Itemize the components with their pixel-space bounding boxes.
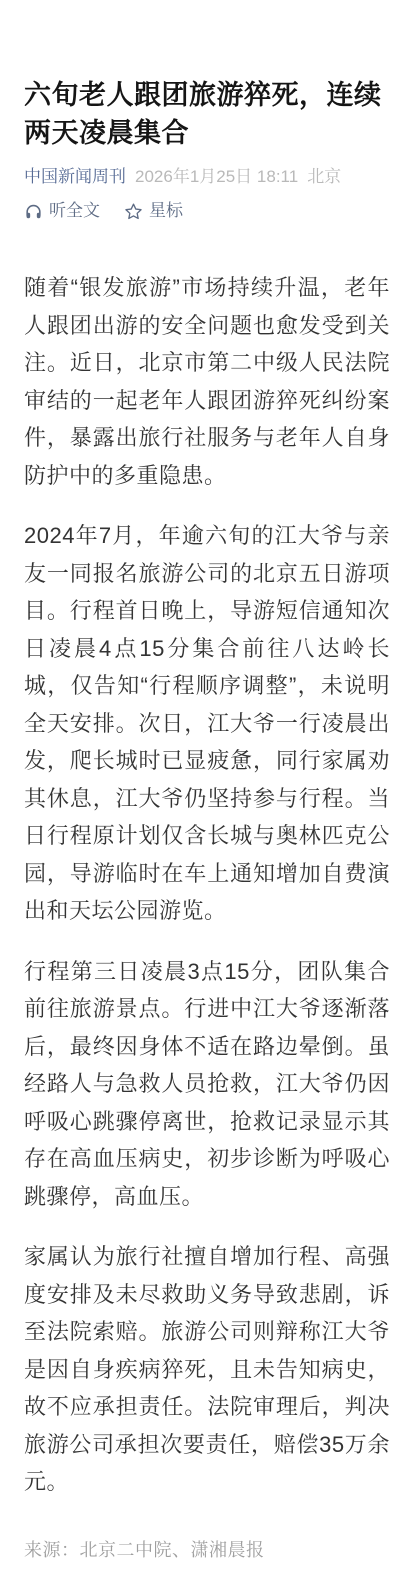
listen-label: 听全文 bbox=[49, 198, 100, 224]
paragraph-1: 随着“银发旅游”市场持续升温，老年人跟团出游的安全问题也愈发受到关注。近日，北京… bbox=[24, 269, 390, 494]
action-bar: 听全文 星标 bbox=[24, 198, 390, 224]
source-line: 来源：北京二中院、潇湘晨报 bbox=[24, 1537, 390, 1563]
star-label: 星标 bbox=[149, 198, 183, 224]
star-button[interactable]: 星标 bbox=[124, 198, 183, 224]
star-icon bbox=[124, 202, 143, 221]
listen-full-text-button[interactable]: 听全文 bbox=[24, 198, 100, 224]
publish-date: 2026年1月25日 18:11 bbox=[135, 165, 298, 189]
account-name-link[interactable]: 中国新闻周刊 bbox=[24, 165, 126, 189]
paragraph-2: 2024年7月，年逾六旬的江大爷与亲友一同报名旅游公司的北京五日游项目。行程首日… bbox=[24, 517, 390, 930]
publish-location: 北京 bbox=[307, 165, 341, 189]
paragraph-4: 家属认为旅行社擅自增加行程、高强度安排及未尽救助义务导致悲剧，诉至法院索赔。旅游… bbox=[24, 1238, 390, 1501]
headphones-icon bbox=[24, 202, 43, 221]
article-title: 六旬老人跟团旅游猝死，连续两天凌晨集合 bbox=[24, 76, 390, 152]
byline: 中国新闻周刊 2026年1月25日 18:11 北京 bbox=[24, 165, 390, 189]
article-page: 六旬老人跟团旅游猝死，连续两天凌晨集合 中国新闻周刊 2026年1月25日 18… bbox=[0, 0, 414, 1583]
paragraph-3: 行程第三日凌晨3点15分，团队集合前往旅游景点。行进中江大爷逐渐落后，最终因身体… bbox=[24, 953, 390, 1216]
article-body: 随着“银发旅游”市场持续升温，老年人跟团出游的安全问题也愈发受到关注。近日，北京… bbox=[24, 269, 390, 1563]
